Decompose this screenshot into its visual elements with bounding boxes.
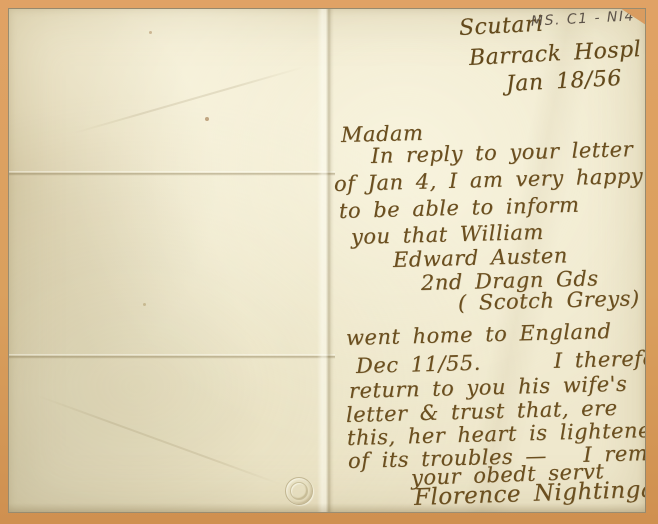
horizontal-fold-line [9, 354, 335, 359]
letter-line: of Jan 4, I am very happy [334, 164, 644, 196]
horizontal-fold-line [9, 171, 335, 176]
ink-spot [143, 303, 146, 306]
ink-spot [149, 31, 152, 34]
letter-scan: Scutari Barrack Hospl Jan 18/56 Madam In… [0, 0, 658, 524]
embossed-seal [285, 477, 313, 505]
paper-bottom-shadow [9, 503, 645, 512]
right-page: Scutari Barrack Hospl Jan 18/56 Madam In… [323, 9, 646, 512]
embossed-seal-monogram [290, 482, 308, 500]
letter-line: to be able to inform [339, 193, 580, 223]
diagonal-crease [36, 395, 281, 486]
letter-paper: Scutari Barrack Hospl Jan 18/56 Madam In… [8, 8, 646, 513]
letter-line: ( Scotch Greys) [458, 286, 640, 315]
letter-line: Jan 18/56 [505, 67, 622, 97]
letter-line: went home to England [346, 319, 612, 350]
left-page [9, 9, 333, 512]
ink-spot [205, 117, 209, 121]
diagonal-crease [73, 66, 304, 134]
